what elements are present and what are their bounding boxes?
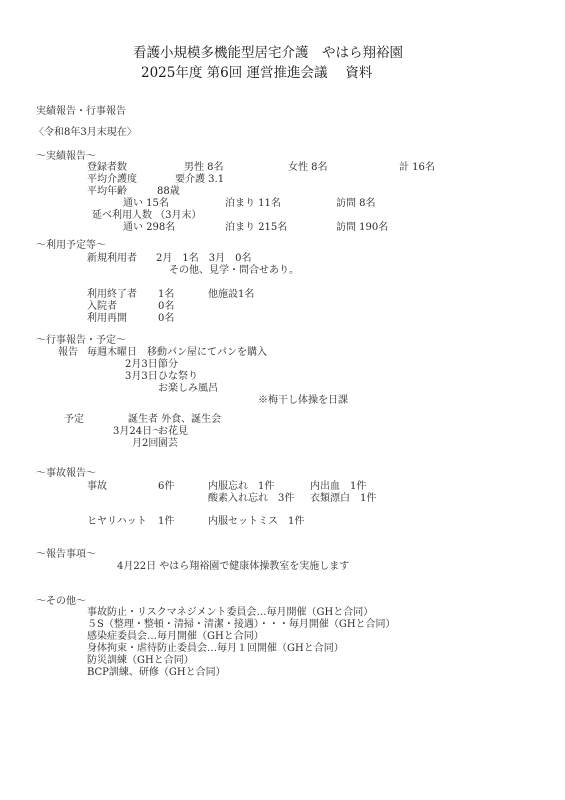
report-item-date: 2月3日 <box>125 359 158 371</box>
report-item-name: お楽しみ風呂 <box>158 383 218 395</box>
near-miss-label: ヒヤリハット <box>87 516 147 528</box>
hospitalized-label: 入院者 <box>87 301 117 313</box>
report-item-date: 3月3日 <box>125 371 158 383</box>
others-item: 身体拘束・虐待防止委員会…毎月１回開催（GHと合同） <box>87 643 344 655</box>
near-miss-count: 1件 <box>158 516 174 528</box>
plan-item-name: 園芸 <box>158 438 178 450</box>
daily-exercise-note: ※梅干し体操を日課 <box>258 395 348 407</box>
document-subtitle: 2025年度 第6回 運営推進会議 資料 <box>141 65 372 81</box>
notice-item: 4月22日 やはら翔裕園で健康体操教室を実施します <box>117 561 349 573</box>
accident-count: 6件 <box>158 481 174 493</box>
others-item: BCP訓練、研修（GHと合同） <box>87 667 226 679</box>
cumulative-label: 延べ利用人数 （3月末） <box>92 210 202 222</box>
avg-age-value: 88歳 <box>157 186 180 198</box>
cumulative-stay: 泊まり 215名 <box>225 222 287 234</box>
accident-detail: 衣類漂白 1件 <box>310 493 376 505</box>
registered-total: 計 16名 <box>399 162 435 174</box>
registered-label: 登録者数 <box>87 162 127 174</box>
plan-item-date: 月2回 <box>132 438 158 450</box>
report-main: 毎週木曜日 移動パン屋にてパンを購入 <box>87 347 267 359</box>
new-users-label: 新規利用者 <box>87 253 137 265</box>
report-item-name: 節分 <box>158 359 178 371</box>
other-inquiries-note: その他、見学・問合せあり。 <box>169 265 299 277</box>
others-item: ５S（整理・整頓・清掃・清潔・接遇）・・・毎月開催（GHと合同） <box>87 619 396 631</box>
cumulative-visit: 訪問 190名 <box>336 222 388 234</box>
current-stay: 泊まり 11名 <box>225 198 281 210</box>
accident-detail: 酸素入れ忘れ 3件 <box>208 493 294 505</box>
notices-heading: ～報告事項～ <box>36 549 96 561</box>
accident-detail: 内服忘れ 1件 <box>208 481 274 493</box>
others-item: 感染症委員会…毎月開催（GHと合同） <box>87 631 264 643</box>
hospitalized-value: 0名 <box>158 301 174 313</box>
usage-plan-heading: ～利用予定等～ <box>36 240 106 252</box>
avg-age-label: 平均年齢 <box>87 186 127 198</box>
events-heading: ～行事報告・予定～ <box>36 335 126 347</box>
accident-label: 事故 <box>87 481 107 493</box>
near-miss-detail: 内服セットミス 1件 <box>208 516 304 528</box>
ended-value: 1名 <box>158 289 174 301</box>
ended-label: 利用終了者 <box>87 289 137 301</box>
others-item: 事故防止・リスクマネジメント委員会…毎月開催（GHと合同） <box>87 607 373 619</box>
report-item-name: ひな祭り <box>158 371 198 383</box>
avg-care-label: 平均介護度 <box>87 174 137 186</box>
registered-male: 男性 8名 <box>184 162 224 174</box>
plan-item-date: 3月24日～ <box>113 426 162 438</box>
document-title: 看護小規模多機能型居宅介護 やはら翔裕園 <box>133 45 403 61</box>
cumulative-day: 通い 298名 <box>123 222 175 234</box>
resumed-label: 利用再開 <box>87 313 127 325</box>
report-label: 報告 <box>58 347 78 359</box>
current-visit: 訪問 8名 <box>336 198 376 210</box>
plan-item-name: 誕生者 外食、誕生会 <box>128 414 221 426</box>
registered-female: 女性 8名 <box>288 162 328 174</box>
others-heading: ～その他～ <box>36 596 86 608</box>
plan-label: 予定 <box>64 414 84 426</box>
others-item: 防災訓練（GHと合同） <box>87 655 194 667</box>
as-of-date: 〈令和8年3月末現在〉 <box>34 127 137 139</box>
accident-detail: 内出血 1件 <box>310 481 366 493</box>
new-users-value: 2月 1名 3月 0名 <box>156 253 251 265</box>
current-day: 通い 15名 <box>123 198 169 210</box>
avg-care-value: 要介護 3.1 <box>175 174 224 186</box>
resumed-value: 0名 <box>158 313 174 325</box>
ended-note: 他施設1名 <box>208 289 254 301</box>
intro-heading: 実績報告・行事報告 <box>36 106 126 118</box>
plan-item-name: お花見 <box>158 426 188 438</box>
accidents-heading: ～事故報告～ <box>36 468 96 480</box>
